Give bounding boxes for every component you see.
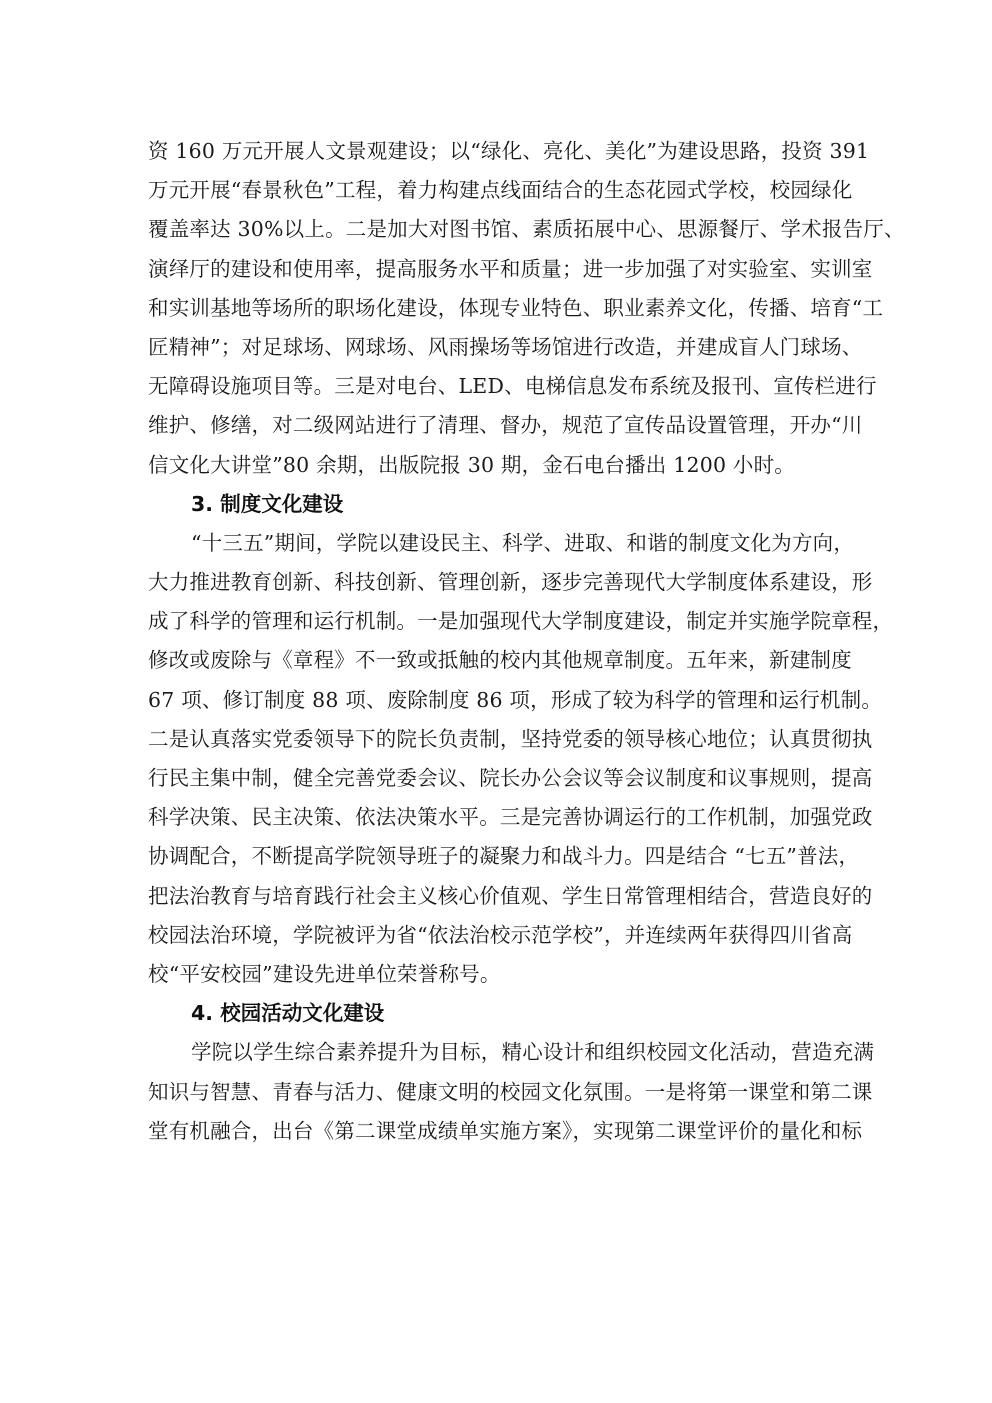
text-line: 协调配合，不断提高学院领导班子的凝聚力和战斗力。四是结合 “七五”普法， [148,837,844,876]
text-line: 67 项、修订制度 88 项、废除制度 86 项，形成了较为科学的管理和运行机制… [148,681,844,720]
text-line: 学院以学生综合素养提升为目标，精心设计和组织校园文化活动，营造充满 [148,1033,844,1072]
paragraph-campus-activity-culture: 学院以学生综合素养提升为目标，精心设计和组织校园文化活动，营造充满 知识与智慧、… [148,1033,844,1151]
text-line: 堂有机融合，出台《第二课堂成绩单实施方案》，实现第二课堂评价的量化和标 [148,1112,844,1151]
text-line: 匠精神”；对足球场、网球场、风雨操场等场馆进行改造，并建成盲人门球场、 [148,328,844,367]
paragraph-institutional-culture: “十三五”期间，学院以建设民主、科学、进取、和谐的制度文化为方向， 大力推进教育… [148,524,844,994]
text-line: 无障碍设施项目等。三是对电台、LED、电梯信息发布系统及报刊、宣传栏进行 [148,367,844,406]
text-line: 维护、修缮，对二级网站进行了清理、督办，规范了宣传品设置管理，开办“川 [148,406,844,445]
text-line: 信文化大讲堂”80 余期，出版院报 30 期，金石电台播出 1200 小时。 [148,446,844,485]
text-line: 覆盖率达 30%以上。二是加大对图书馆、素质拓展中心、思源餐厅、学术报告厅、 [148,210,844,249]
text-line: 把法治教育与培育践行社会主义核心价值观、学生日常管理相结合，营造良好的 [148,877,844,916]
text-line: 校“平安校园”建设先进单位荣誉称号。 [148,955,844,994]
text-line: 校园法治环境，学院被评为省“依法治校示范学校”，并连续两年获得四川省高 [148,916,844,955]
text-line: 资 160 万元开展人文景观建设；以“绿化、亮化、美化”为建设思路，投资 391 [148,132,844,171]
paragraph-campus-environment: 资 160 万元开展人文景观建设；以“绿化、亮化、美化”为建设思路，投资 391… [148,132,844,485]
text-line: 演绎厅的建设和使用率，提高服务水平和质量；进一步加强了对实验室、实训室 [148,250,844,289]
text-line: 和实训基地等场所的职场化建设，体现专业特色、职业素养文化，传播、培育“工 [148,289,844,328]
text-line: 成了科学的管理和运行机制。一是加强现代大学制度建设，制定并实施学院章程， [148,602,844,641]
text-line: 二是认真落实党委领导下的院长负责制，坚持党委的领导核心地位；认真贯彻执 [148,720,844,759]
text-line: 修改或废除与《章程》不一致或抵触的校内其他规章制度。五年来，新建制度 [148,641,844,680]
section-heading-campus-activity-culture: 4. 校园活动文化建设 [148,994,844,1033]
text-line: “十三五”期间，学院以建设民主、科学、进取、和谐的制度文化为方向， [148,524,844,563]
document-page: 资 160 万元开展人文景观建设；以“绿化、亮化、美化”为建设思路，投资 391… [148,132,844,1151]
text-line: 行民主集中制，健全完善党委会议、院长办公会议等会议制度和议事规则，提高 [148,759,844,798]
text-line: 大力推进教育创新、科技创新、管理创新，逐步完善现代大学制度体系建设，形 [148,563,844,602]
section-heading-institutional-culture: 3. 制度文化建设 [148,485,844,524]
text-line: 科学决策、民主决策、依法决策水平。三是完善协调运行的工作机制，加强党政 [148,798,844,837]
text-line: 万元开展“春景秋色”工程，着力构建点线面结合的生态花园式学校，校园绿化 [148,171,844,210]
text-line: 知识与智慧、青春与活力、健康文明的校园文化氛围。一是将第一课堂和第二课 [148,1073,844,1112]
